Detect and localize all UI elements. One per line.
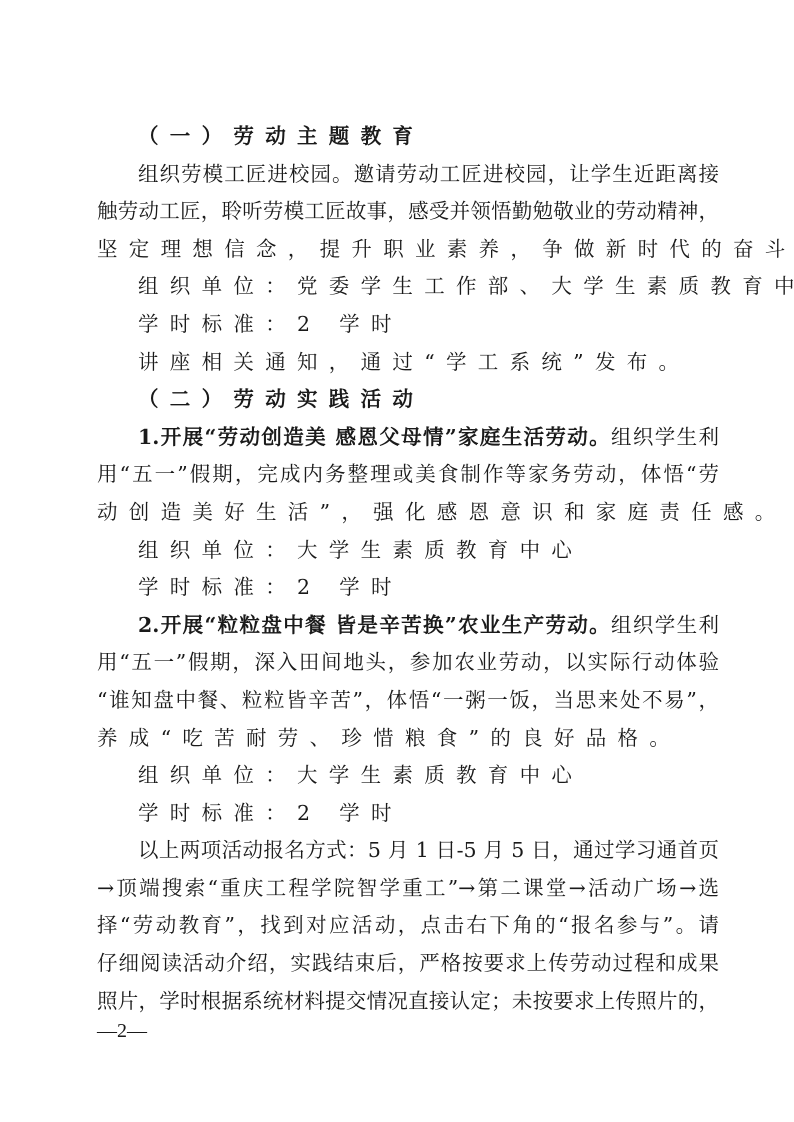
paragraph-line: “谁知盘中餐、粒粒皆辛苦”，体悟“一粥一饭，当思来处不易”， (97, 682, 719, 720)
hours-line: 学时标准：2 学时 (97, 569, 719, 607)
section-heading-labor-theme-education: （一）劳动主题教育 (97, 118, 719, 156)
item-2-first-line: 2.开展“粒粒盘中餐 皆是辛苦换”农业生产劳动。组织学生利 (97, 607, 719, 645)
item-1-title: 1.开展“劳动创造美 感恩父母情”家庭生活劳动。 (138, 425, 611, 449)
page-number: —2— (97, 1020, 147, 1043)
paragraph-line: 用“五一”假期，完成内务整理或美食制作等家务劳动，体悟“劳 (97, 456, 719, 494)
registration-line: →顶端搜索“重庆工程学院智学重工”→第二课堂→活动广场→选 (97, 870, 719, 908)
registration-line: 仔细阅读活动介绍，实践结束后，严格按要求上传劳动过程和成果 (97, 945, 719, 983)
organizer-line: 组织单位：党委学生工作部、大学生素质教育中心 (97, 268, 719, 306)
paragraph-line: 坚定理想信念，提升职业素养，争做新时代的奋斗者。 (97, 231, 719, 269)
paragraph-line: 触劳动工匠，聆听劳模工匠故事，感受并领悟勤勉敬业的劳动精神， (97, 193, 719, 231)
registration-line: 照片，学时根据系统材料提交情况直接认定；未按要求上传照片的， (97, 983, 719, 1021)
registration-line: 择“劳动教育”，找到对应活动，点击右下角的“报名参与”。请 (97, 907, 719, 945)
item-2-title: 2.开展“粒粒盘中餐 皆是辛苦换”农业生产劳动。 (138, 613, 611, 637)
paragraph-line: 组织劳模工匠进校园。邀请劳动工匠进校园，让学生近距离接 (97, 156, 719, 194)
organizer-line: 组织单位：大学生素质教育中心 (97, 532, 719, 570)
document-page: （一）劳动主题教育 组织劳模工匠进校园。邀请劳动工匠进校园，让学生近距离接 触劳… (97, 118, 719, 1020)
organizer-line: 组织单位：大学生素质教育中心 (97, 757, 719, 795)
item-2-first-line-rest: 组织学生利 (611, 613, 719, 637)
paragraph-line: 用“五一”假期，深入田间地头，参加农业劳动，以实际行动体验 (97, 644, 719, 682)
section-heading-labor-practice: （二）劳动实践活动 (97, 381, 719, 419)
paragraph-line: 动创造美好生活”，强化感恩意识和家庭责任感。 (97, 494, 719, 532)
hours-line: 学时标准：2 学时 (97, 306, 719, 344)
paragraph-line: 养成“吃苦耐劳、珍惜粮食”的良好品格。 (97, 720, 719, 758)
item-1-first-line-rest: 组织学生利 (611, 425, 719, 449)
item-1-first-line: 1.开展“劳动创造美 感恩父母情”家庭生活劳动。组织学生利 (97, 419, 719, 457)
registration-line: 以上两项活动报名方式：5 月 1 日-5 月 5 日，通过学习通首页 (97, 832, 719, 870)
notice-line: 讲座相关通知，通过“学工系统”发布。 (97, 344, 719, 382)
hours-line: 学时标准：2 学时 (97, 795, 719, 833)
